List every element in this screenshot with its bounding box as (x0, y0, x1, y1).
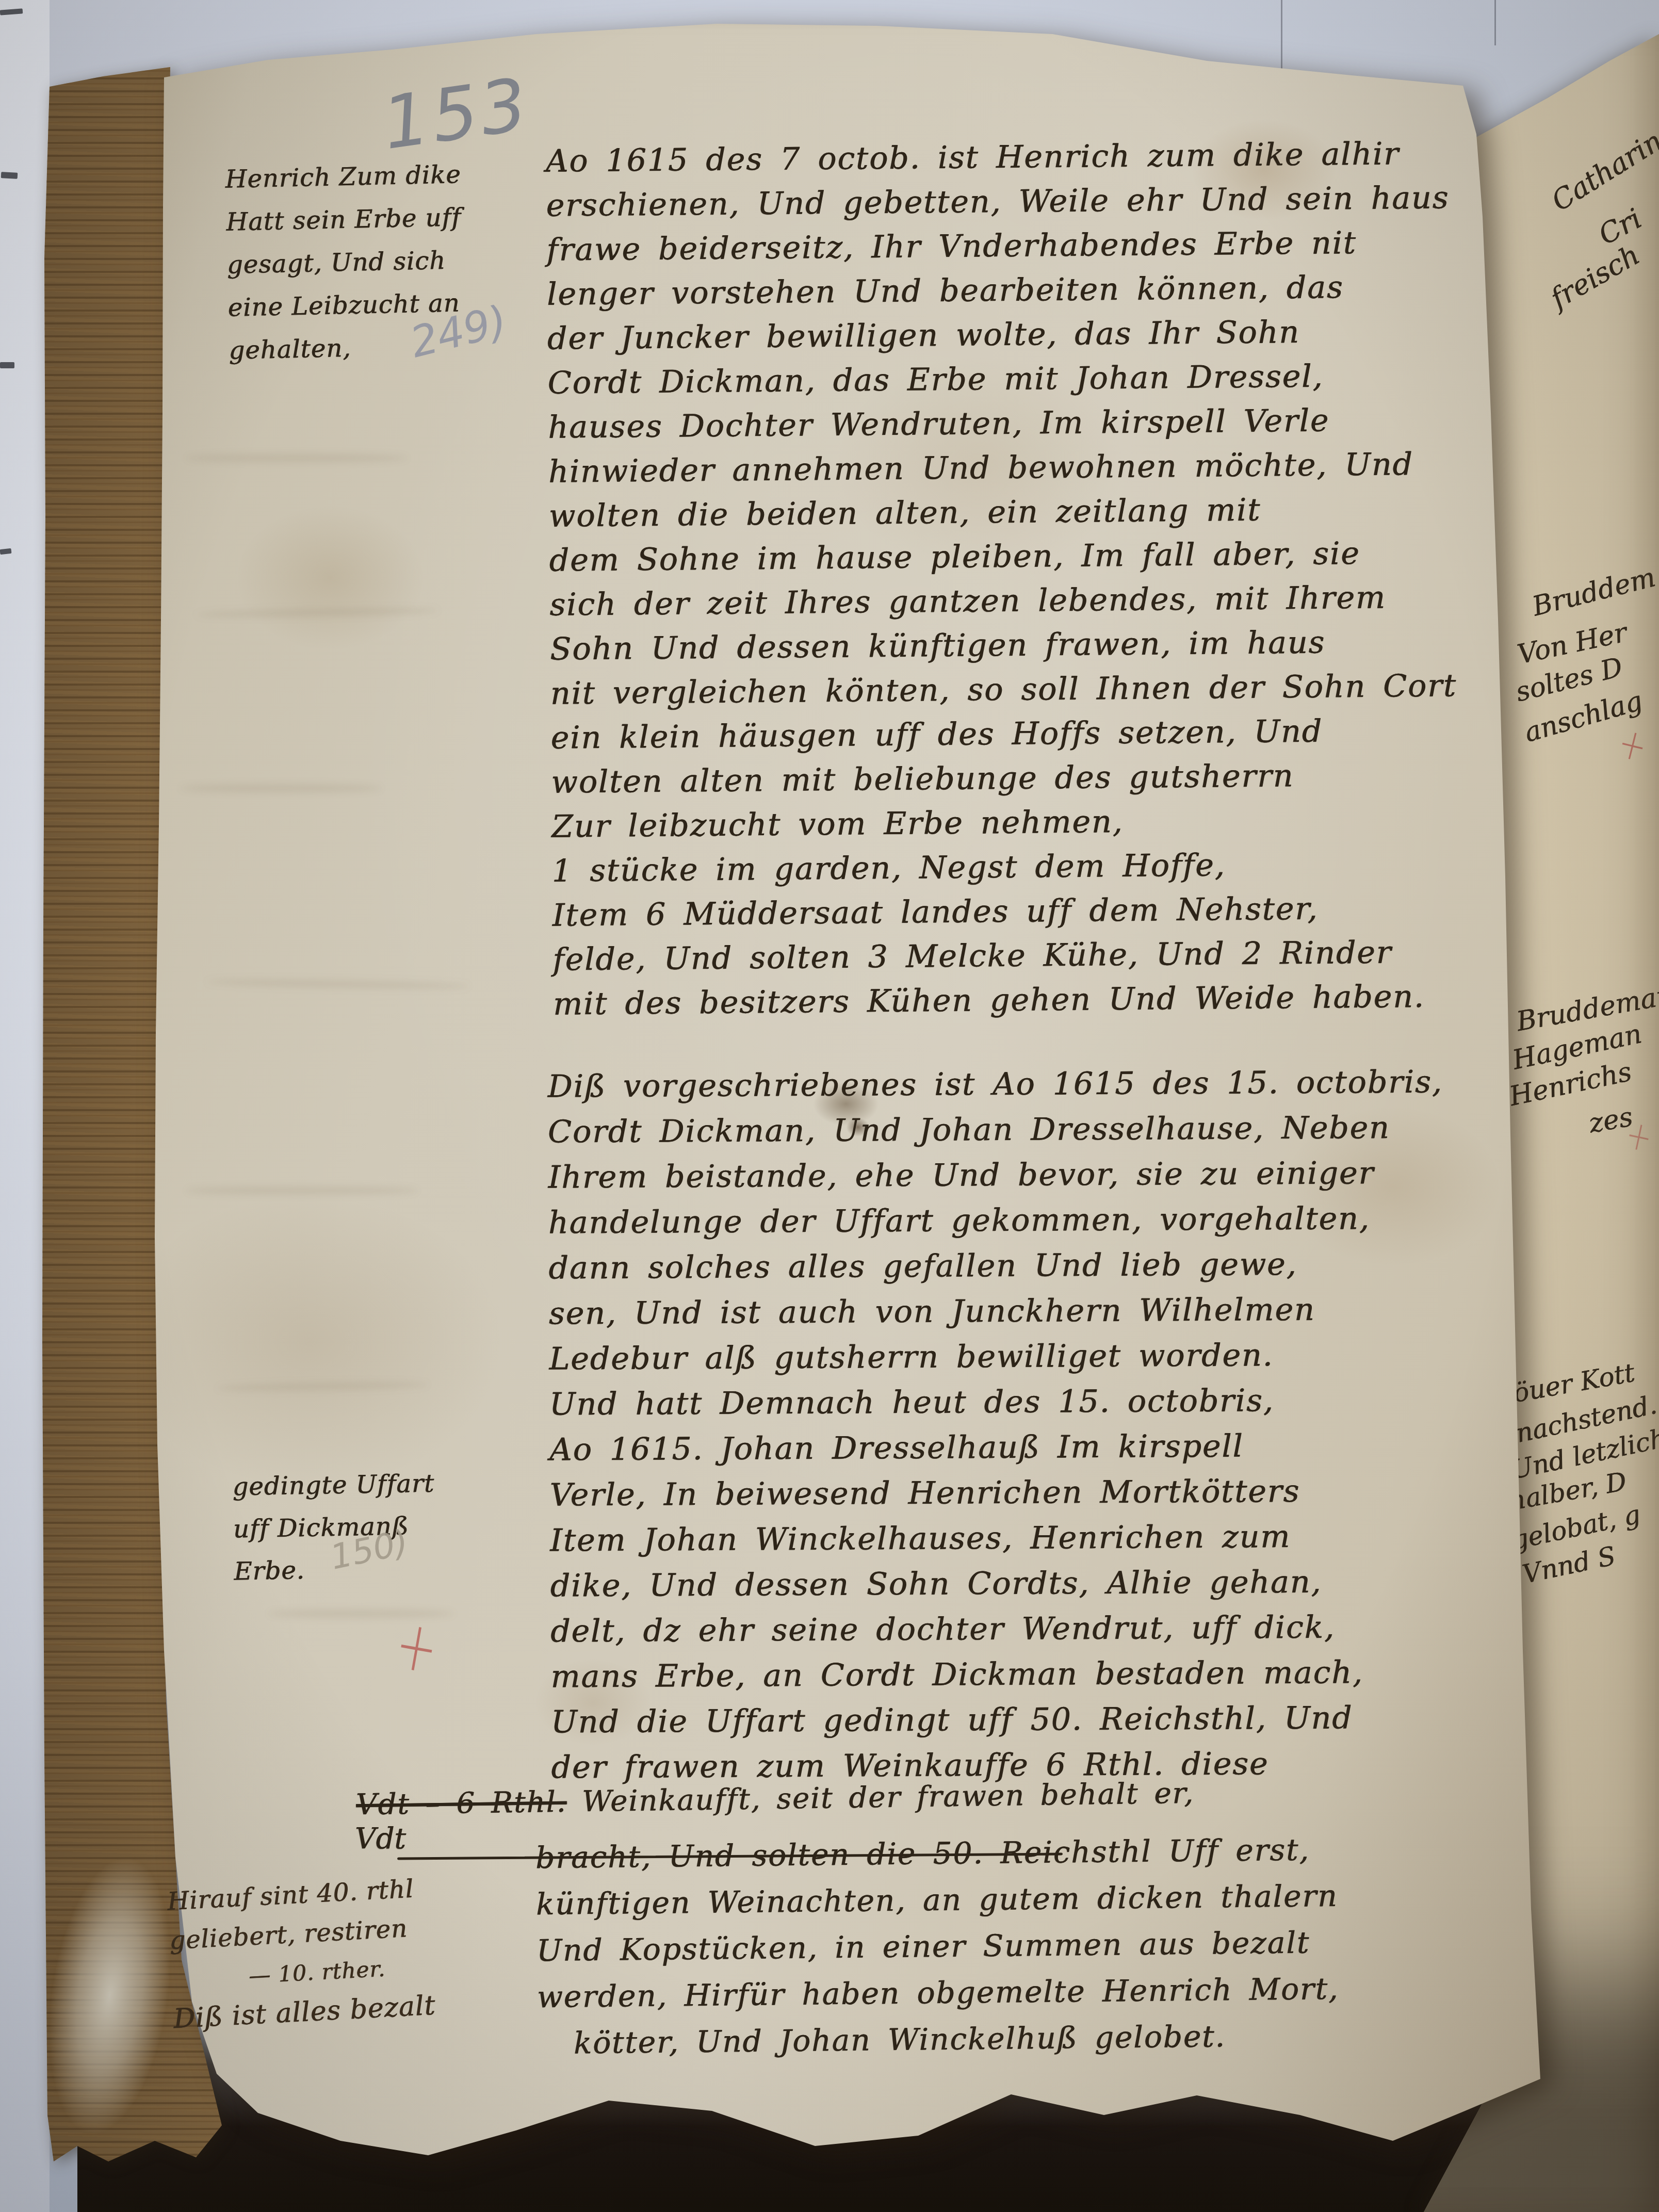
manuscript-line: Zur leibzucht vom Erbe nehmen, (551, 796, 1458, 849)
manuscript-line: Ledebur alß gutsherrn bewilliget worden. (549, 1331, 1444, 1381)
manuscript-line: dike, Und dessen Sohn Cordts, Alhie geha… (550, 1558, 1445, 1608)
margin-note-top: Henrich Zum dike Hatt sein Erbe uff gesa… (225, 153, 465, 372)
margin-note-line: gehalten, (229, 324, 465, 372)
closing-paragraph: bracht, Und solten die 50. Reichsthl Uff… (535, 1826, 1340, 2067)
manuscript-line: dem Sohne im hause pleiben, Im fall aber… (549, 530, 1456, 582)
manuscript-line: mans Erbe, an Cordt Dickman bestaden mac… (550, 1649, 1446, 1699)
manuscript-line: werden, Hirfür haben obgemelte Henrich M… (537, 1965, 1339, 2020)
manuscript-line: wolten alten mit beliebunge des gutsherr… (551, 752, 1458, 804)
manuscript-line: Ao 1615. Johan Dresselhauß Im kirspell (549, 1422, 1445, 1472)
manuscript-line: Und die Uffart gedingt uff 50. Reichsthl… (551, 1695, 1446, 1745)
corrected-line: Vdt – 6 Rthl. Weinkaufft, seit der frawe… (356, 1777, 1195, 1822)
manuscript-line: 1 stücke im garden, Negst dem Hoffe, (552, 841, 1459, 893)
manuscript-line: lenger vorstehen Und bearbeiten können, … (547, 264, 1454, 316)
manuscript-line: Item Johan Winckelhauses, Henrichen zum (550, 1513, 1445, 1563)
margin-note-line: Hatt sein Erbe uff (225, 196, 462, 244)
manuscript-line: künftigen Weinachten, an gutem dicken th… (536, 1873, 1338, 1927)
manuscript-line: der Juncker bewilligen wolte, das Ihr So… (547, 308, 1454, 361)
manuscript-line: delt, dz ehr seine dochter Wendrut, uff … (550, 1604, 1446, 1654)
manuscript-line: kötter, Und Johan Winckelhuß gelobet. (537, 2012, 1339, 2067)
pencil-folio-number: 153 (378, 62, 535, 166)
manuscript-line: felde, Und solten 3 Melcke Kühe, Und 2 R… (552, 930, 1459, 982)
red-cross-mark: + (389, 1603, 444, 1690)
margin-note-line: gesagt, Und sich (226, 239, 463, 287)
manuscript-photo: Catharin Cri freisch Bruddem Von Her sol… (0, 0, 1659, 2212)
manuscript-line: erschienen, Und gebetten, Weile ehr Und … (546, 175, 1453, 227)
manuscript-line: sich der zeit Ihres gantzen lebendes, mi… (549, 575, 1456, 627)
manuscript-line: Cordt Dickman, Und Johan Dresselhause, N… (548, 1104, 1443, 1154)
paragraph-2: Diß vorgeschriebenes ist Ao 1615 des 15.… (547, 1059, 1446, 1790)
paragraph-1: Ao 1615 des 7 octob. ist Henrich zum dik… (546, 131, 1460, 1026)
margin-note-line: eine Leibzucht an (227, 282, 464, 330)
manuscript-line: mit des besitzers Kühen gehen Und Weide … (553, 974, 1460, 1026)
manuscript-line: Und hatt Demnach heut des 15. octobris, (549, 1377, 1445, 1427)
manuscript-line: Item 6 Müddersaat landes uff dem Nehster… (552, 885, 1459, 937)
manuscript-line: Und Kopstücken, in einer Summen aus beza… (536, 1919, 1339, 1974)
manuscript-line: handelunge der Uffart gekommen, vorgehal… (548, 1195, 1444, 1245)
struck-text: Vdt – 6 Rthl. (356, 1785, 567, 1822)
manuscript-line: hinwieder annehmen Und bewohnen möchte, … (548, 442, 1455, 494)
manuscript-line: frawe beiderseitz, Ihr Vnderhabendes Erb… (546, 220, 1453, 272)
manuscript-line: nit vergleichen könten, so soll Ihnen de… (550, 663, 1457, 715)
manuscript-line: Cordt Dickman, das Erbe mit Johan Dresse… (547, 353, 1454, 405)
margin-note-line: Henrich Zum dike (225, 153, 462, 201)
handwriting-layer: 153 249) Henrich Zum dike Hatt sein Erbe… (0, 0, 1659, 2212)
vdt-annotation: Vdt (355, 1822, 406, 1856)
margin-note-bottom: Hirauf sint 40. rthl geliebert, restiren… (166, 1868, 436, 2039)
manuscript-line: Diß vorgeschriebenes ist Ao 1615 des 15.… (547, 1059, 1443, 1109)
manuscript-line: wolten die beiden alten, ein zeitlang mi… (549, 486, 1456, 538)
manuscript-line: Sohn Und dessen künftigen frawen, im hau… (550, 619, 1457, 671)
manuscript-line: hauses Dochter Wendruten, Im kirspell Ve… (548, 397, 1455, 449)
manuscript-line: bracht, Und solten die 50. Reichsthl Uff… (535, 1826, 1338, 1881)
manuscript-line: Ao 1615 des 7 octob. ist Henrich zum dik… (546, 131, 1453, 183)
manuscript-line: sen, Und ist auch von Junckhern Wilhelme… (549, 1286, 1444, 1336)
manuscript-line: dann solches alles gefallen Und lieb gew… (548, 1241, 1444, 1291)
manuscript-line: Ihrem beistande, ehe Und bevor, sie zu e… (548, 1150, 1443, 1200)
manuscript-line: ein klein häusgen uff des Hoffs setzen, … (550, 708, 1457, 760)
margin-note-line: gedingte Uffart (232, 1462, 435, 1508)
manuscript-line: Verle, In beiwesend Henrichen Mortkötter… (549, 1468, 1445, 1518)
